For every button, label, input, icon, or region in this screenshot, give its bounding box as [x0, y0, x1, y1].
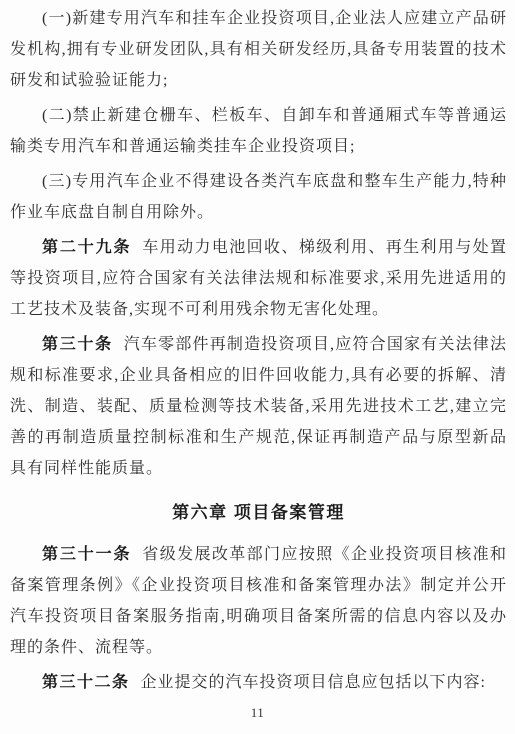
- clause-item-2-text: (二)禁止新建仓栅车、栏板车、自卸车和普通厢式车等普通运输类专用汽车和普通运输类…: [10, 107, 507, 155]
- article-31: 第三十一条省级发展改革部门应按照《企业投资项目核准和备案管理条例》《企业投资项目…: [10, 539, 507, 663]
- article-32-text: 企业提交的汽车投资项目信息应包括以下内容:: [141, 674, 486, 691]
- article-32: 第三十二条企业提交的汽车投资项目信息应包括以下内容:: [10, 667, 507, 698]
- article-30-number: 第三十条: [42, 336, 113, 353]
- article-29: 第二十九条车用动力电池回收、梯级利用、再生利用与处置等投资项目,应符合国家有关法…: [10, 232, 507, 325]
- document-body: (一)新建专用汽车和挂车企业投资项目,企业法人应建立产品研发机构,拥有专业研发团…: [10, 3, 507, 698]
- article-30-text: 汽车零部件再制造投资项目,应符合国家有关法律法规和标准要求,企业具备相应的旧件回…: [10, 336, 507, 477]
- clause-item-1-text: (一)新建专用汽车和挂车企业投资项目,企业法人应建立产品研发机构,拥有专业研发团…: [10, 10, 507, 89]
- clause-item-3: (三)专用汽车企业不得建设各类汽车底盘和整车生产能力,特种作业车底盘自制自用除外…: [10, 166, 507, 228]
- article-30: 第三十条汽车零部件再制造投资项目,应符合国家有关法律法规和标准要求,企业具备相应…: [10, 329, 507, 484]
- clause-item-2: (二)禁止新建仓栅车、栏板车、自卸车和普通厢式车等普通运输类专用汽车和普通运输类…: [10, 100, 507, 162]
- article-29-number: 第二十九条: [42, 239, 131, 256]
- page-number: 11: [0, 705, 515, 721]
- chapter-6-heading: 第六章 项目备案管理: [10, 497, 507, 528]
- article-31-number: 第三十一条: [42, 546, 131, 563]
- document-page: (一)新建专用汽车和挂车企业投资项目,企业法人应建立产品研发机构,拥有专业研发团…: [0, 0, 515, 734]
- article-32-number: 第三十二条: [42, 674, 130, 691]
- clause-item-3-text: (三)专用汽车企业不得建设各类汽车底盘和整车生产能力,特种作业车底盘自制自用除外…: [10, 173, 507, 221]
- clause-item-1: (一)新建专用汽车和挂车企业投资项目,企业法人应建立产品研发机构,拥有专业研发团…: [10, 3, 507, 96]
